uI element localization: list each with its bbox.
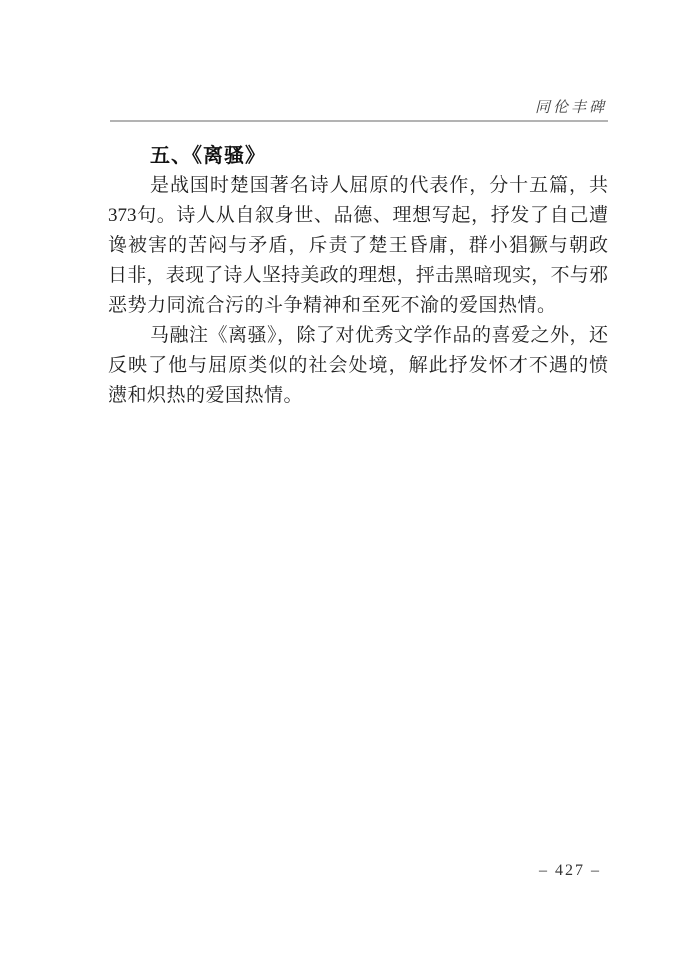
header-rule bbox=[110, 120, 608, 122]
paragraph-1: 是战国时楚国著名诗人屈原的代表作，分十五篇，共 373句。诗人从自叙身世、品德、… bbox=[108, 171, 608, 321]
text-line: 日非，表现了诗人坚持美政的理想，抨击黑暗现实，不与邪 bbox=[108, 261, 608, 291]
text-line: 反映了他与屈原类似的社会处境，解此抒发怀才不遇的愤 bbox=[108, 351, 608, 381]
book-page: 同伦丰碑 五、《离骚》 是战国时楚国著名诗人屈原的代表作，分十五篇，共 373句… bbox=[0, 0, 692, 968]
text-line: 373句。诗人从自叙身世、品德、理想写起，抒发了自己遭 bbox=[108, 201, 608, 231]
section-heading: 五、《离骚》 bbox=[108, 141, 608, 171]
running-head-title: 同伦丰碑 bbox=[110, 99, 607, 118]
text-line: 马融注《离骚》，除了对优秀文学作品的喜爱之外，还 bbox=[108, 321, 608, 351]
page-number: – 427 – bbox=[108, 861, 605, 881]
text-line: 谗被害的苦闷与矛盾，斥责了楚王昏庸，群小猖獗与朝政 bbox=[108, 231, 608, 261]
text-line: 恶势力同流合污的斗争精神和至死不渝的爱国热情。 bbox=[108, 291, 608, 321]
text-line: 是战国时楚国著名诗人屈原的代表作，分十五篇，共 bbox=[108, 171, 608, 201]
page-content: 五、《离骚》 是战国时楚国著名诗人屈原的代表作，分十五篇，共 373句。诗人从自… bbox=[108, 141, 608, 411]
paragraph-2: 马融注《离骚》，除了对优秀文学作品的喜爱之外，还 反映了他与屈原类似的社会处境，… bbox=[108, 321, 608, 411]
text-line: 懑和炽热的爱国热情。 bbox=[108, 381, 608, 411]
